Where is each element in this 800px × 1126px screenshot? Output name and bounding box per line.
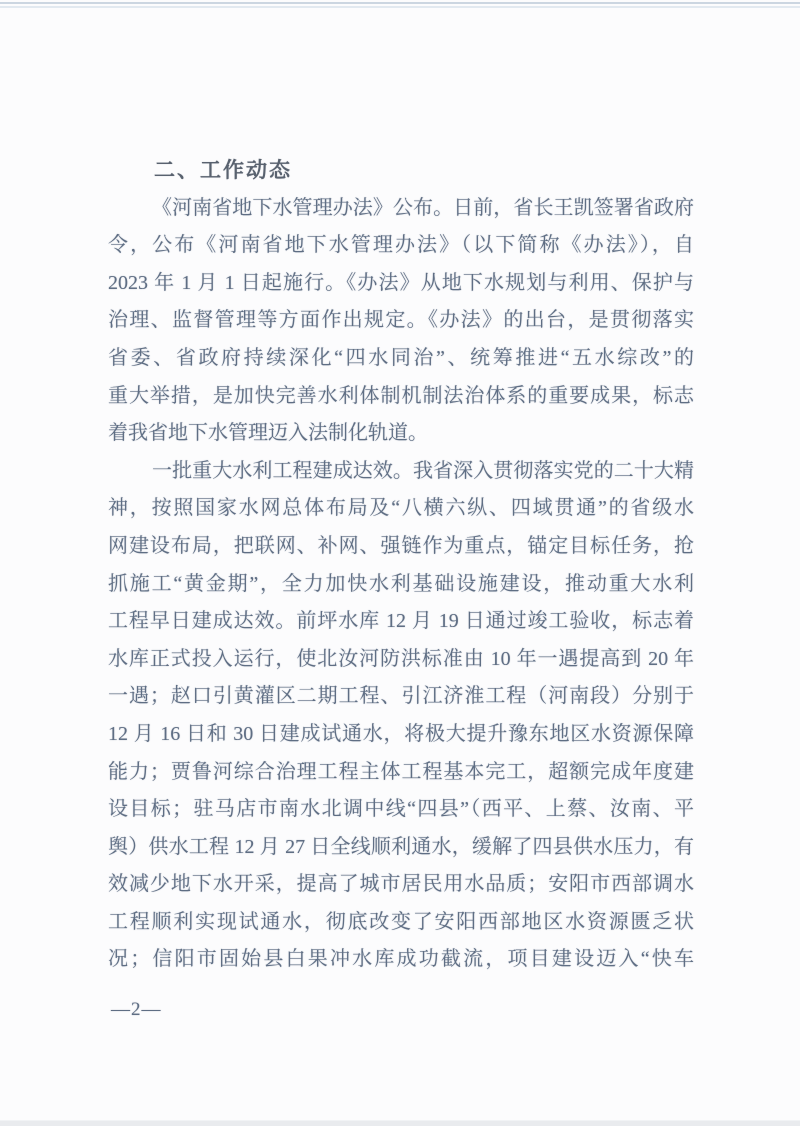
text-line: 一遇；赵口引黄灌区二期工程、引江济淮工程（河南段）分别于 [108, 678, 694, 716]
line-text: 况；信阳市固始县白果冲水库成功截流，项目建设迈入“快车 [108, 948, 694, 970]
text-line: 设目标；驻马店市南水北调中线“四县”（西平、上蔡、汝南、平 [108, 791, 694, 829]
line-text: 12 月 16 日和 30 日建成试通水，将极大提升豫东地区水资源保障 [108, 723, 694, 745]
line-text: 能力；贾鲁河综合治理工程主体工程基本完工，超额完成年度建 [108, 761, 694, 783]
text-line: 令，公布《河南省地下水管理办法》（以下简称《办法》），自 [108, 227, 694, 265]
text-line: 12 月 16 日和 30 日建成试通水，将极大提升豫东地区水资源保障 [108, 716, 694, 754]
line-text: 网建设布局，把联网、补网、强链作为重点，锚定目标任务，抢 [108, 535, 694, 557]
document-body: 二、工作动态 《河南省地下水管理办法》公布。日前，省长王凯签署省政府令，公布《河… [108, 152, 694, 979]
scan-artifact-bottom-edge [0, 1120, 800, 1126]
text-line: 2023 年 1 月 1 日起施行。《办法》从地下水规划与利用、保护与 [108, 265, 694, 303]
text-line: 一批重大水利工程建成达效。我省深入贯彻落实党的二十大精 [108, 453, 694, 491]
text-line: 省委、省政府持续深化“四水同治”、统筹推进“五水综改”的 [108, 340, 694, 378]
line-text: 日前，省长王凯签署省政府 [453, 197, 694, 219]
line-text: 2023 年 1 月 1 日起施行。《办法》从地下水规划与利用、保护与 [108, 272, 694, 294]
text-line: 网建设布局，把联网、补网、强链作为重点，锚定目标任务，抢 [108, 528, 694, 566]
text-line: 效减少地下水开采，提高了城市居民用水品质；安阳市西部调水 [108, 866, 694, 904]
text-line: 能力；贾鲁河综合治理工程主体工程基本完工，超额完成年度建 [108, 754, 694, 792]
text-line: 况；信阳市固始县白果冲水库成功截流，项目建设迈入“快车 [108, 941, 694, 979]
text-line: 工程早日建成达效。前坪水库 12 月 19 日通过竣工验收，标志着 [108, 603, 694, 641]
line-text: 效减少地下水开采，提高了城市居民用水品质；安阳市西部调水 [108, 873, 694, 895]
line-text: 令，公布《河南省地下水管理办法》（以下简称《办法》），自 [108, 234, 694, 256]
line-text: 设目标；驻马店市南水北调中线“四县”（西平、上蔡、汝南、平 [108, 798, 694, 820]
line-text: 重大举措，是加快完善水利体制机制法治体系的重要成果，标志 [108, 385, 694, 407]
line-text: 工程早日建成达效。前坪水库 12 月 19 日通过竣工验收，标志着 [108, 610, 694, 632]
line-text: 舆）供水工程 12 月 27 日全线顺利通水，缓解了四县供水压力，有 [108, 836, 694, 858]
text-line: 舆）供水工程 12 月 27 日全线顺利通水，缓解了四县供水压力，有 [108, 829, 694, 867]
line-text: 治理、监督管理等方面作出规定。《办法》的出台，是贯彻落实 [108, 309, 694, 331]
page-number: —2— [111, 999, 162, 1021]
section-heading: 二、工作动态 [108, 152, 694, 190]
line-text: 省委、省政府持续深化“四水同治”、统筹推进“五水综改”的 [108, 347, 694, 369]
text-line: 着我省地下水管理迈入法制化轨道。 [108, 415, 694, 453]
line-text: 着我省地下水管理迈入法制化轨道。 [108, 422, 428, 444]
text-line: 重大举措，是加快完善水利体制机制法治体系的重要成果，标志 [108, 378, 694, 416]
text-line: 神，按照国家水网总体布局及“八横六纵、四域贯通”的省级水 [108, 490, 694, 528]
line-text: 我省深入贯彻落实党的二十大精 [413, 460, 694, 482]
scan-artifact-top-line [0, 2, 800, 4]
line-text: 水库正式投入运行，使北汝河防洪标准由 10 年一遇提高到 20 年 [108, 648, 694, 670]
line-text: 抓施工“黄金期”，全力加快水利基础设施建设，推动重大水利 [108, 573, 694, 595]
text-line: 工程顺利实现试通水，彻底改变了安阳西部地区水资源匮乏状 [108, 904, 694, 942]
text-line: 治理、监督管理等方面作出规定。《办法》的出台，是贯彻落实 [108, 302, 694, 340]
text-line: 抓施工“黄金期”，全力加快水利基础设施建设，推动重大水利 [108, 566, 694, 604]
line-text: 一遇；赵口引黄灌区二期工程、引江济淮工程（河南段）分别于 [108, 685, 694, 707]
text-lines: 《河南省地下水管理办法》公布。日前，省长王凯签署省政府令，公布《河南省地下水管理… [108, 190, 694, 979]
text-line: 《河南省地下水管理办法》公布。日前，省长王凯签署省政府 [108, 190, 694, 228]
scan-artifact-top-line-2 [0, 6, 800, 8]
line-text: 工程顺利实现试通水，彻底改变了安阳西部地区水资源匮乏状 [108, 911, 694, 933]
document-page: 二、工作动态 《河南省地下水管理办法》公布。日前，省长王凯签署省政府令，公布《河… [0, 0, 800, 1126]
line-text: 神，按照国家水网总体布局及“八横六纵、四域贯通”的省级水 [108, 497, 694, 519]
paragraph-lead: 一批重大水利工程建成达效。 [152, 460, 413, 482]
paragraph-lead: 《河南省地下水管理办法》公布。 [152, 197, 453, 219]
text-line: 水库正式投入运行，使北汝河防洪标准由 10 年一遇提高到 20 年 [108, 641, 694, 679]
